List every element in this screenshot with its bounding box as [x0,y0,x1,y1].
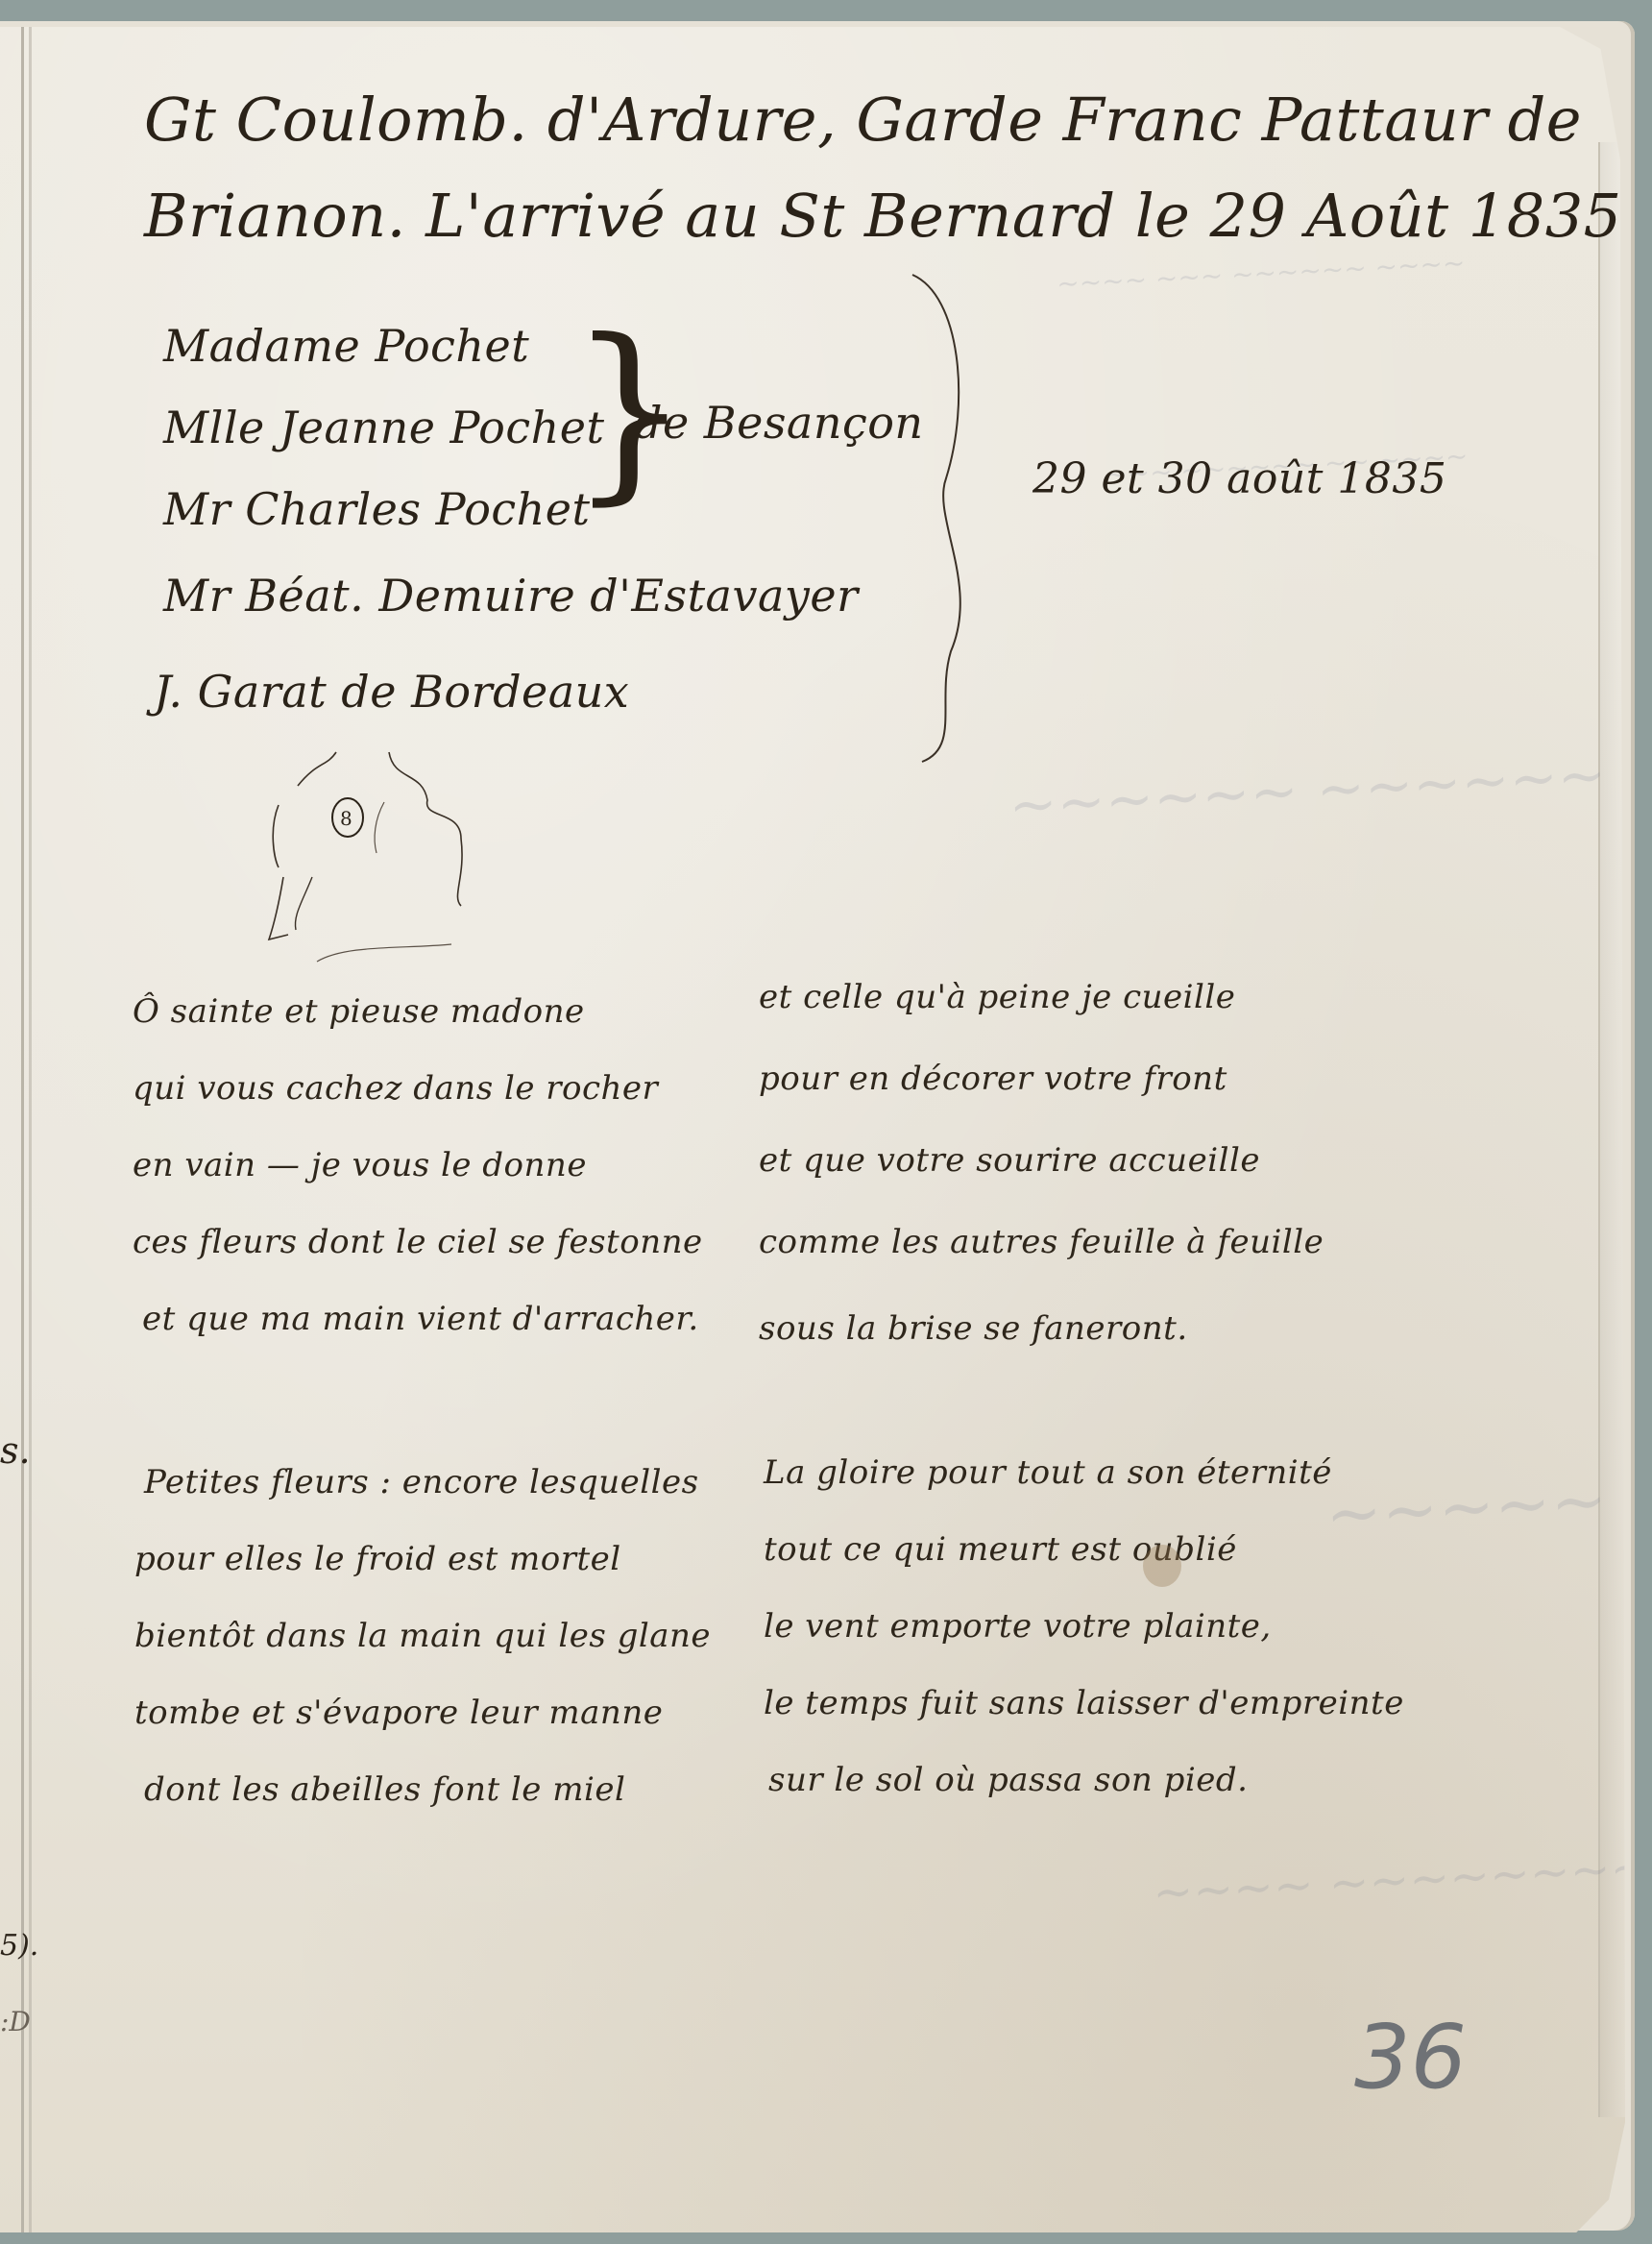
bleed-through-text: ~~~~~~ ~~~~~~ [1008,742,1608,840]
poem-line: ces fleurs dont le ciel se festonne [133,1223,703,1261]
poem-line: et que votre sourire accueille [759,1141,1260,1180]
margin-fragment: :D [0,2006,31,2037]
visitor-name: Mr Charles Pochet [163,483,591,535]
page-number: 36 [1354,2006,1467,2109]
poem-line: Ô sainte et pieuse madone [133,992,585,1031]
poem-line: comme les autres feuille à feuille [759,1223,1324,1261]
poem-line: Petites fleurs : encore lesquelles [144,1463,699,1501]
poem-line: en vain — je vous le donne [133,1146,587,1184]
visitor-name: Mlle Jeanne Pochet [163,402,604,453]
heading-line-1: Gt Coulomb. d'Ardure, Garde Franc Pattau… [144,85,1582,155]
poem-line: dont les abeilles font le miel [144,1770,625,1809]
manuscript-page: ~~~~ ~~~ ~~~~~~ ~~~~ ~~~ ~~~~~~ ~~ ~~~~ … [0,27,1625,2232]
poem-line: sur le sol où passa son pied. [768,1761,1248,1799]
bleed-through-text: ~~~~ ~~~~~~~~ [1152,1839,1652,1920]
poem-line: pour en décorer votre front [759,1060,1227,1098]
binding-line [21,27,24,2232]
poem-line: sous la brise se faneront. [759,1309,1188,1348]
poem-line: La gloire pour tout a son éternité [764,1453,1332,1492]
visitor-name: Mr Béat. Demuire d'Estavayer [163,570,859,622]
connector-curve [903,267,1018,767]
poem-line: bientôt dans la main qui les glane [134,1617,711,1655]
poem-line: qui vous cachez dans le rocher [133,1069,658,1108]
poem-line: le vent emporte votre plainte, [764,1607,1272,1646]
poem-line: tombe et s'évapore leur manne [134,1694,663,1732]
bleed-through-text: ~~~~ ~~~ ~~~~~~ ~~~~ [1056,247,1466,300]
visitor-name: J. Garat de Bordeaux [154,666,629,718]
poem-line: le temps fuit sans laisser d'empreinte [764,1684,1404,1722]
binding-line-inner [29,27,32,2232]
margin-fragment: 5). [0,1929,38,1963]
poem-line: pour elles le froid est mortel [134,1540,621,1578]
figure-sketch: 8 [231,743,519,973]
poem-line: et celle qu'à peine je cueille [759,978,1235,1016]
visit-dates: 29 et 30 août 1835 [1032,454,1446,503]
poem-line: et que ma main vient d'arracher. [142,1300,699,1338]
group-origin: de Besançon [634,397,924,449]
heading-line-2: Brianon. L'arrivé au St Bernard le 29 Ao… [144,181,1641,251]
bleed-through-text: ~~~~~ [1324,1460,1609,1553]
margin-fragment: s. [0,1429,31,1472]
ink-stain [1143,1545,1181,1587]
visitor-name: Madame Pochet [163,320,529,372]
sketch-symbol: 8 [340,807,352,830]
